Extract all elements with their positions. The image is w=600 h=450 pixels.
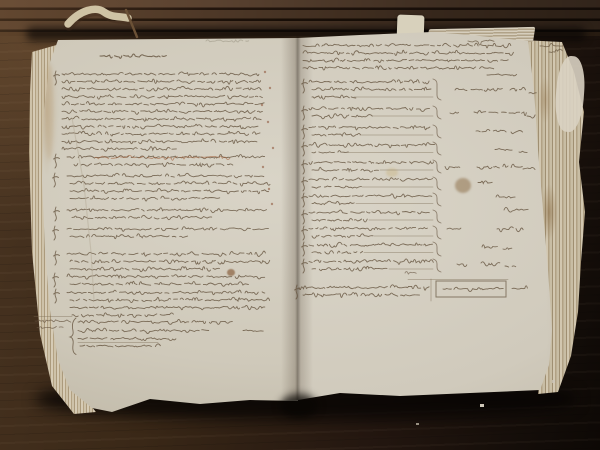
rust-spot (227, 269, 235, 276)
wood-speck (416, 423, 419, 425)
gutter-bottom-shadow (280, 394, 318, 418)
ink-stain-blob (455, 178, 471, 193)
gutter-shadow (281, 36, 313, 400)
yellow-stain (386, 168, 398, 177)
wood-speck (552, 380, 555, 383)
wood-speck (480, 404, 484, 407)
manuscript-photo (0, 0, 600, 450)
left-edge-tan-stain (44, 64, 55, 160)
